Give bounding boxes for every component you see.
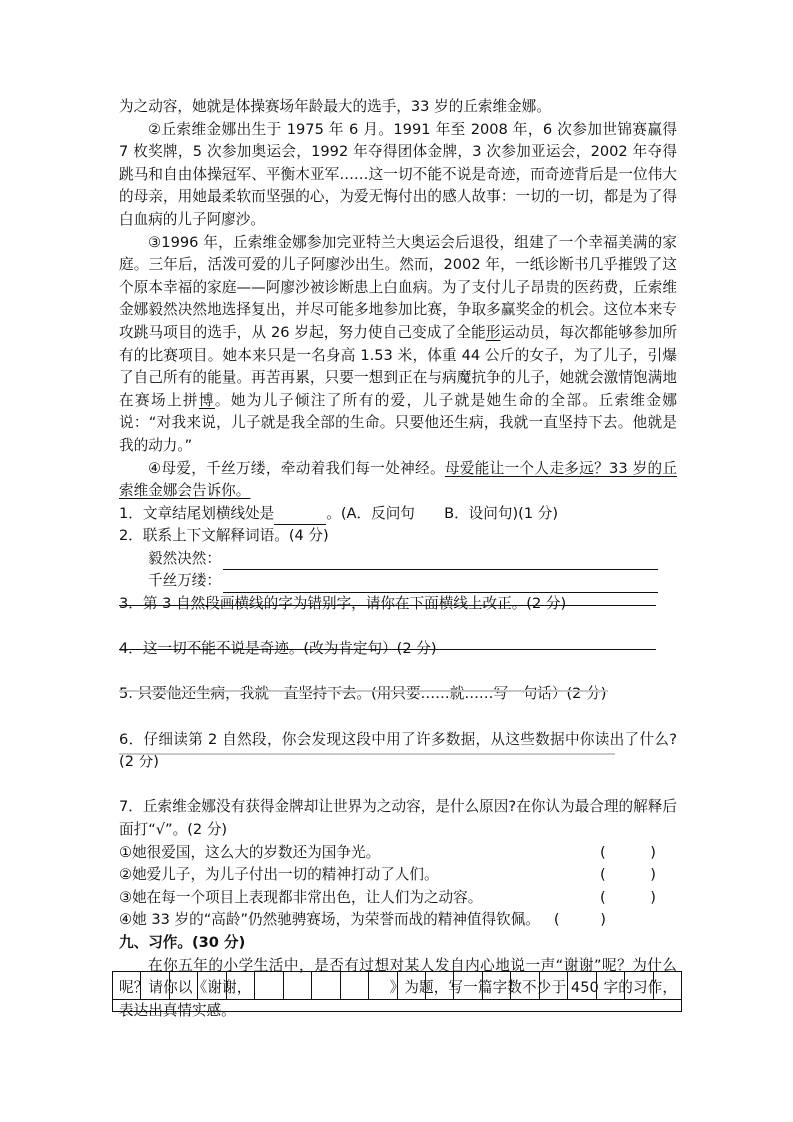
q7-option-1: ①她很爱国，这么大的岁数还为国争光。() bbox=[119, 842, 677, 865]
grid-cell[interactable] bbox=[511, 972, 539, 999]
grid-cell[interactable] bbox=[113, 972, 141, 999]
checkbox-paren[interactable]: () bbox=[600, 864, 656, 887]
grid-cell[interactable] bbox=[312, 972, 340, 999]
grid-cell[interactable] bbox=[568, 972, 596, 999]
grid-cell[interactable] bbox=[625, 972, 653, 999]
definition-line-1: 毅然决然： bbox=[119, 548, 677, 571]
passage-paragraph-4: ④母爱，千丝万缕，牵动着我们每一处神经。母爱能让一个人走多远？33 岁的丘索维金… bbox=[119, 458, 677, 503]
grid-cell[interactable] bbox=[398, 972, 426, 999]
grid-cell[interactable] bbox=[198, 972, 226, 999]
q7-option-4: ④她 33 岁的“高龄”仍然驰骋赛场，为荣誉而战的精神值得钦佩。() bbox=[119, 909, 677, 932]
typo-marked-char-2: 博 bbox=[199, 392, 215, 409]
option-text: ①她很爱国，这么大的岁数还为国争光。 bbox=[119, 842, 380, 865]
passage-paragraph-2: ②丘索维金娜出生于 1975 年 6 月。1991 年至 2008 年，6 次参… bbox=[119, 119, 677, 232]
q7-option-2: ②她爱儿子，为儿子付出一切的精神打动了人们。() bbox=[119, 864, 677, 887]
grid-cell[interactable] bbox=[483, 972, 511, 999]
answer-blank-term-1[interactable] bbox=[223, 552, 658, 570]
grid-cell[interactable] bbox=[597, 972, 625, 999]
question-1: 1．文章结尾划横线处是。(A．反问句 B．设问句)(1 分) bbox=[119, 503, 677, 526]
grid-cell[interactable] bbox=[284, 972, 312, 999]
question-1-options: 。(A．反问句 B．设问句)(1 分) bbox=[326, 505, 558, 522]
passage-line-top: 为之动容，她就是体操赛场年龄最大的选手，33 岁的丘索维金娜。 bbox=[119, 96, 677, 119]
grid-cell[interactable] bbox=[454, 972, 482, 999]
grid-cell[interactable] bbox=[141, 972, 169, 999]
term-label-2: 千丝万缕： bbox=[148, 570, 221, 593]
answer-space-q3 bbox=[119, 616, 677, 639]
para4-text: ④母爱，千丝万缕，牵动着我们每一处神经。 bbox=[148, 460, 445, 477]
passage-paragraph-3: ③1996 年，丘索维金娜参加完亚特兰大奥运会后退役，组建了一个幸福美满的家庭。… bbox=[119, 232, 677, 458]
option-text: ④她 33 岁的“高龄”仍然驰骋赛场，为荣誉而战的精神值得钦佩。 bbox=[119, 909, 540, 932]
grid-cell[interactable] bbox=[255, 972, 283, 999]
grid-cell[interactable] bbox=[654, 972, 681, 999]
grid-row-1 bbox=[113, 972, 681, 1000]
question-1-text: 1．文章结尾划横线处是 bbox=[119, 505, 274, 522]
option-text: ②她爱儿子，为儿子付出一切的精神打动了人们。 bbox=[119, 864, 439, 887]
checkbox-paren[interactable]: () bbox=[554, 909, 606, 932]
grid-cell[interactable] bbox=[426, 972, 454, 999]
answer-line-q3[interactable] bbox=[119, 605, 656, 606]
exam-page: 为之动容，她就是体操赛场年龄最大的选手，33 岁的丘索维金娜。 ②丘索维金娜出生… bbox=[119, 96, 677, 1022]
question-5: 5. 只要他还生病，我就一直坚持下去。(用只要……就……写一句话）(2 分) bbox=[119, 683, 677, 706]
typo-marked-char-1: 形 bbox=[486, 324, 501, 341]
checkbox-paren[interactable]: () bbox=[600, 887, 656, 910]
answer-line-q4[interactable] bbox=[119, 649, 656, 650]
answer-space-q5 bbox=[119, 706, 677, 729]
question-6: 6．仔细读第 2 自然段，你会发现这段中用了许多数据，从这些数据中你读出了什么?… bbox=[119, 729, 677, 774]
question-2: 2．联系上下文解释词语。(4 分) bbox=[119, 525, 677, 548]
grid-cell[interactable] bbox=[369, 972, 397, 999]
answer-line-q6[interactable] bbox=[119, 753, 615, 755]
grid-cell[interactable] bbox=[227, 972, 255, 999]
answer-blank-q1[interactable] bbox=[274, 507, 326, 525]
option-text: ③她在每一个项目上表现都非常出色，让人们为之动容。 bbox=[119, 887, 482, 910]
answer-space-q6 bbox=[119, 774, 677, 797]
checkbox-paren[interactable]: () bbox=[600, 842, 656, 865]
answer-blank-term-2[interactable] bbox=[223, 575, 658, 593]
question-7: 7．丘索维金娜没有获得金牌却让世界为之动容，是什么原因?在你认为最合理的解释后面… bbox=[119, 796, 677, 841]
grid-cell[interactable] bbox=[540, 972, 568, 999]
term-label-1: 毅然决然： bbox=[148, 548, 221, 571]
answer-space-q4 bbox=[119, 661, 677, 684]
definition-line-2: 千丝万缕： bbox=[119, 570, 677, 593]
q7-option-3: ③她在每一个项目上表现都非常出色，让人们为之动容。() bbox=[119, 887, 677, 910]
grid-cell[interactable] bbox=[170, 972, 198, 999]
grid-cell[interactable] bbox=[341, 972, 369, 999]
writing-grid[interactable] bbox=[112, 971, 682, 1012]
section-title-composition: 九、习作。(30 分) bbox=[119, 932, 677, 955]
answer-line-q5[interactable] bbox=[119, 690, 608, 692]
